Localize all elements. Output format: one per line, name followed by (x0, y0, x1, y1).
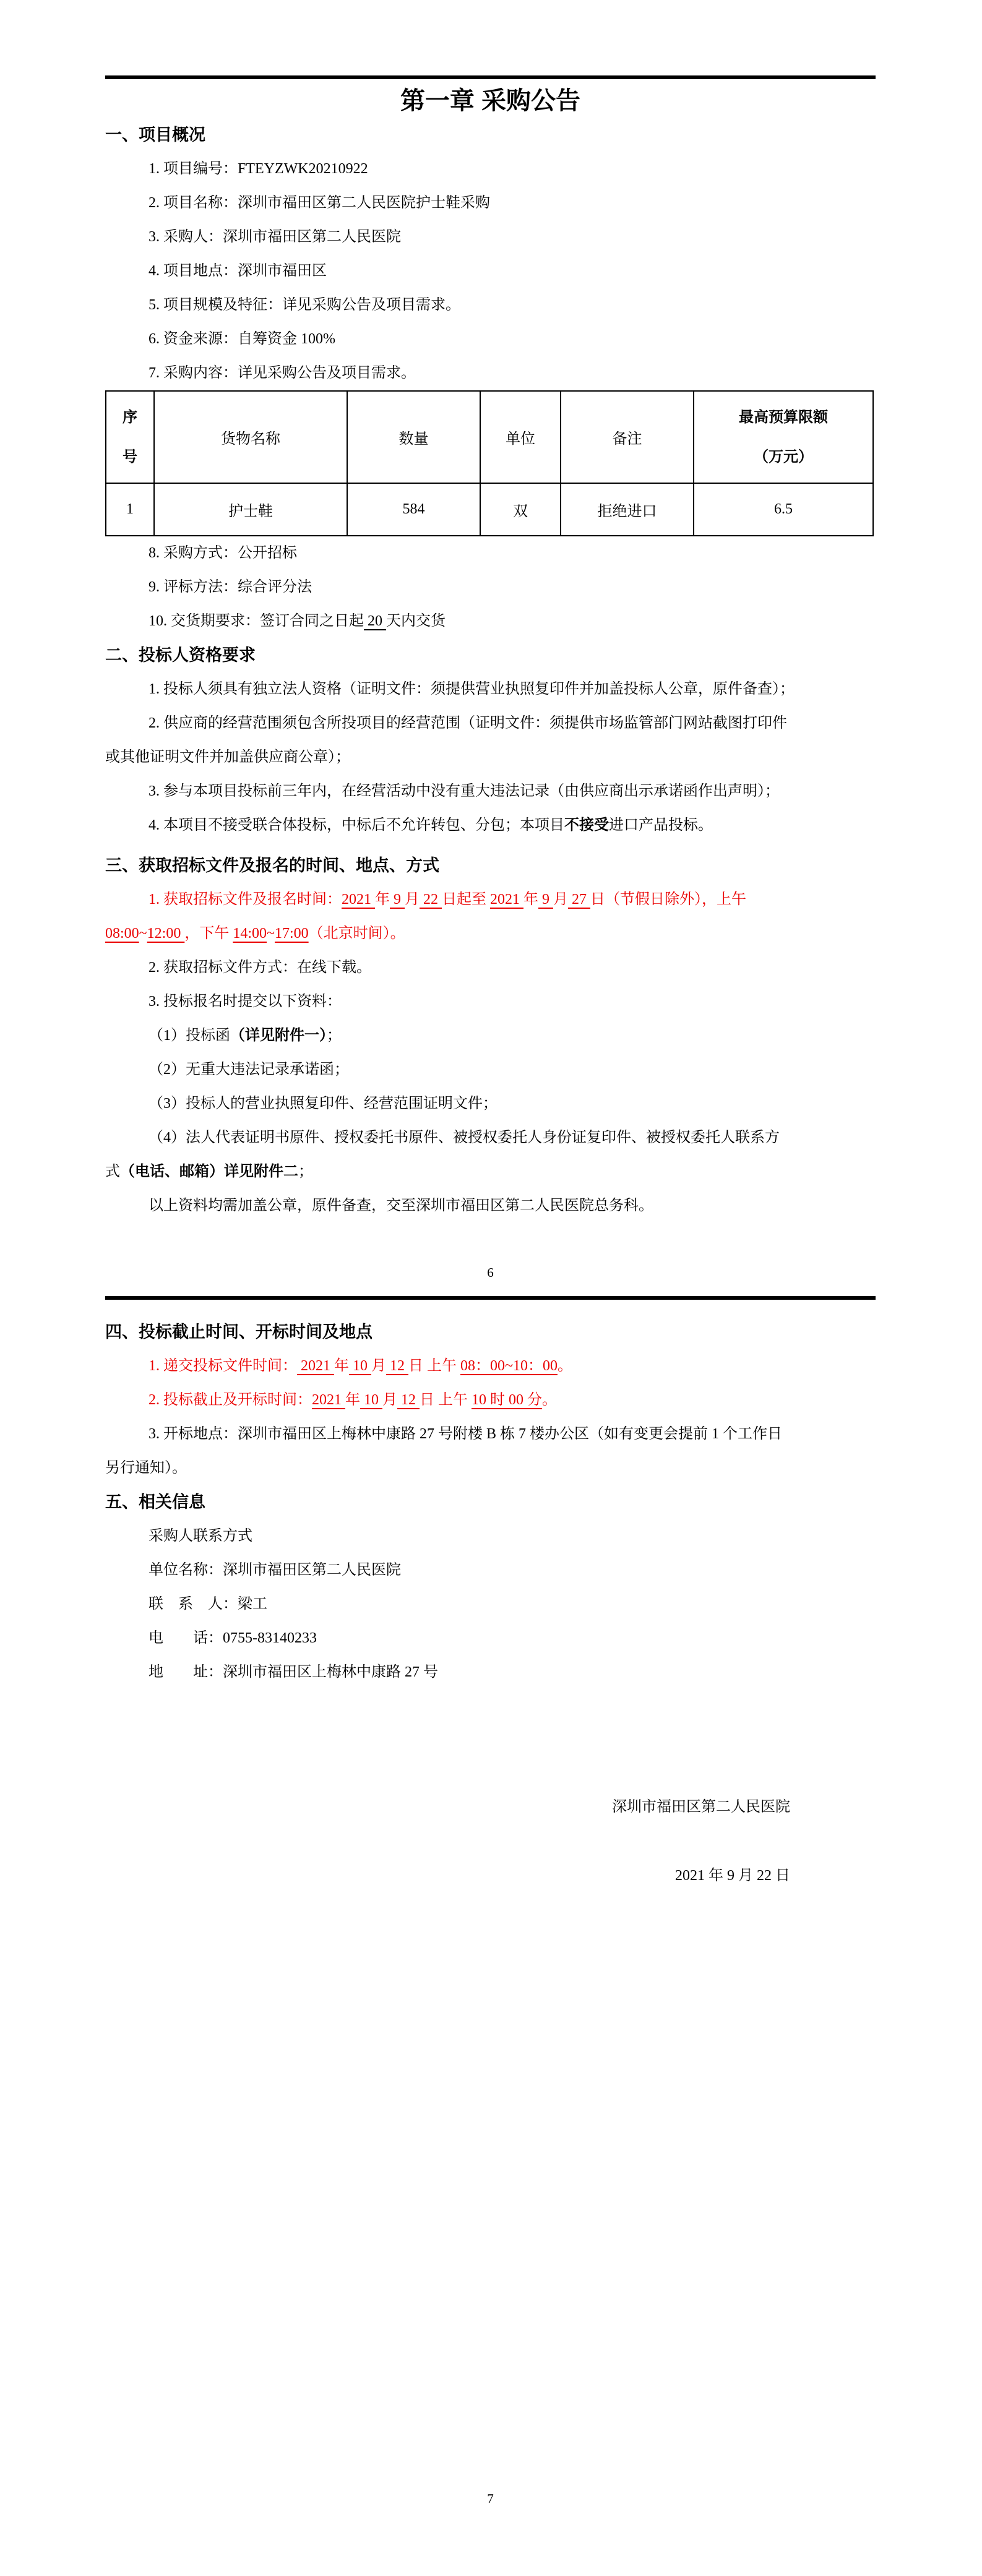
section-3-heading: 三、获取招标文件及报名的时间、地点、方式 (105, 849, 876, 883)
page-number-7: 7 (105, 2482, 876, 2516)
s2-item-1: 1. 投标人须具有独立法人资格（证明文件：须提供营业执照复印件并加盖投标人公章，… (105, 672, 876, 706)
s5-address: 地 址：深圳市福田区上梅林中康路 27 号 (105, 1655, 876, 1689)
s3-item-3: 3. 投标报名时提交以下资料： (105, 985, 876, 1019)
col-header-budget: 最高预算限额 （万元） (694, 391, 873, 483)
section-1-heading: 一、项目概况 (105, 118, 876, 152)
cell-note: 拒绝进口 (561, 483, 694, 536)
goods-table-header-row: 序 号 货物名称 数量 单位 备注 最高预算限额 （万元） (106, 391, 873, 483)
s3-subitem-2: （2）无重大违法记录承诺函； (105, 1053, 876, 1087)
section-4-heading: 四、投标截止时间、开标时间及地点 (105, 1315, 876, 1349)
s5-contact-person: 联 系 人：梁工 (105, 1587, 876, 1621)
col-header-note: 备注 (561, 391, 694, 483)
s4-item-1: 1. 递交投标文件时间： 2021 年 10 月 12 日 上午 08：00~1… (105, 1349, 876, 1383)
page-content: 第一章 采购公告 一、项目概况 1. 项目编号：FTEYZWK20210922 … (105, 75, 876, 2516)
s3-note: 以上资料均需加盖公章，原件备查，交至深圳市福田区第二人民医院总务科。 (105, 1189, 876, 1223)
s3-subitem-4-line2: 式（电话、邮箱）详见附件二； (105, 1155, 876, 1189)
s5-contact-title: 采购人联系方式 (105, 1519, 876, 1553)
s1-item-content: 7. 采购内容：详见采购公告及项目需求。 (105, 356, 876, 390)
s1-item-scale: 5. 项目规模及特征：详见采购公告及项目需求。 (105, 288, 876, 322)
s5-phone: 电 话：0755-83140233 (105, 1621, 876, 1655)
s2-item-4: 4. 本项目不接受联合体投标，中标后不允许转包、分包；本项目不接受进口产品投标。 (105, 809, 876, 843)
s2-item-2-line2: 或其他证明文件并加盖供应商公章）； (105, 741, 876, 775)
col-header-quantity: 数量 (347, 391, 480, 483)
section-2-heading: 二、投标人资格要求 (105, 638, 876, 672)
page2-top-rule (105, 1296, 876, 1300)
col-header-seq-line2: 号 (123, 450, 137, 465)
s1-item-purchaser: 3. 采购人：深圳市福田区第二人民医院 (105, 220, 876, 254)
s1-item-funding: 6. 资金来源：自筹资金 100% (105, 322, 876, 356)
section-5-heading: 五、相关信息 (105, 1485, 876, 1519)
goods-table-data-row: 1 护士鞋 584 双 拒绝进口 6.5 (106, 483, 873, 536)
s3-subitem-1: （1）投标函（详见附件一）； (105, 1019, 876, 1053)
col-header-seq: 序 号 (106, 391, 154, 483)
s4-item-3-line2: 另行通知）。 (105, 1451, 876, 1485)
s1-item-location: 4. 项目地点：深圳市福田区 (105, 254, 876, 288)
s3-item-1-line1: 1. 获取招标文件及报名时间：2021 年 9 月 22 日起至 2021 年 … (105, 883, 876, 917)
s3-subitem-3: （3）投标人的营业执照复印件、经营范围证明文件； (105, 1087, 876, 1121)
signature-org: 深圳市福田区第二人民医院 (105, 1790, 876, 1824)
signature-date: 2021 年 9 月 22 日 (105, 1859, 876, 1893)
cell-goods-name: 护士鞋 (154, 483, 347, 536)
s2-item-3: 3. 参与本项目投标前三年内，在经营活动中没有重大违法记录（由供应商出示承诺函作… (105, 775, 876, 809)
goods-table: 序 号 货物名称 数量 单位 备注 最高预算限额 （万元） 1 护士鞋 (105, 390, 874, 536)
s1-item-method: 8. 采购方式：公开招标 (105, 536, 876, 570)
s4-item-2: 2. 投标截止及开标时间：2021 年 10 月 12 日 上午 10 时 00… (105, 1383, 876, 1417)
s1-item-project-number: 1. 项目编号：FTEYZWK20210922 (105, 152, 876, 186)
s1-item-evaluation: 9. 评标方法：综合评分法 (105, 570, 876, 604)
s3-item-2: 2. 获取招标文件方式：在线下载。 (105, 951, 876, 985)
s2-item-2-line1: 2. 供应商的经营范围须包含所投项目的经营范围（证明文件：须提供市场监管部门网站… (105, 706, 876, 741)
col-header-goods-name: 货物名称 (154, 391, 347, 483)
document-page: 第一章 采购公告 一、项目概况 1. 项目编号：FTEYZWK20210922 … (0, 0, 982, 2576)
chapter-top-rule (105, 75, 876, 79)
s3-subitem-4-line1: （4）法人代表证明书原件、授权委托书原件、被授权委托人身份证复印件、被授权委托人… (105, 1121, 876, 1155)
cell-budget: 6.5 (694, 483, 873, 536)
col-header-budget-line2: （万元） (754, 450, 813, 465)
s1-item-project-name: 2. 项目名称：深圳市福田区第二人民医院护士鞋采购 (105, 186, 876, 220)
s5-org-name: 单位名称：深圳市福田区第二人民医院 (105, 1553, 876, 1587)
col-header-budget-line1: 最高预算限额 (739, 410, 828, 425)
col-header-seq-line1: 序 (123, 410, 137, 425)
chapter-title: 第一章 采购公告 (105, 84, 876, 118)
s4-item-3-line1: 3. 开标地点：深圳市福田区上梅林中康路 27 号附楼 B 栋 7 楼办公区（如… (105, 1417, 876, 1451)
cell-seq: 1 (106, 483, 154, 536)
cell-quantity: 584 (347, 483, 480, 536)
col-header-unit: 单位 (480, 391, 561, 483)
s3-item-1-line2: 08:00~12:00 ，下午 14:00~17:00（北京时间）。 (105, 917, 876, 951)
cell-unit: 双 (480, 483, 561, 536)
page-number-6: 6 (105, 1256, 876, 1290)
s1-item-delivery: 10. 交货期要求：签订合同之日起 20 天内交货 (105, 604, 876, 638)
